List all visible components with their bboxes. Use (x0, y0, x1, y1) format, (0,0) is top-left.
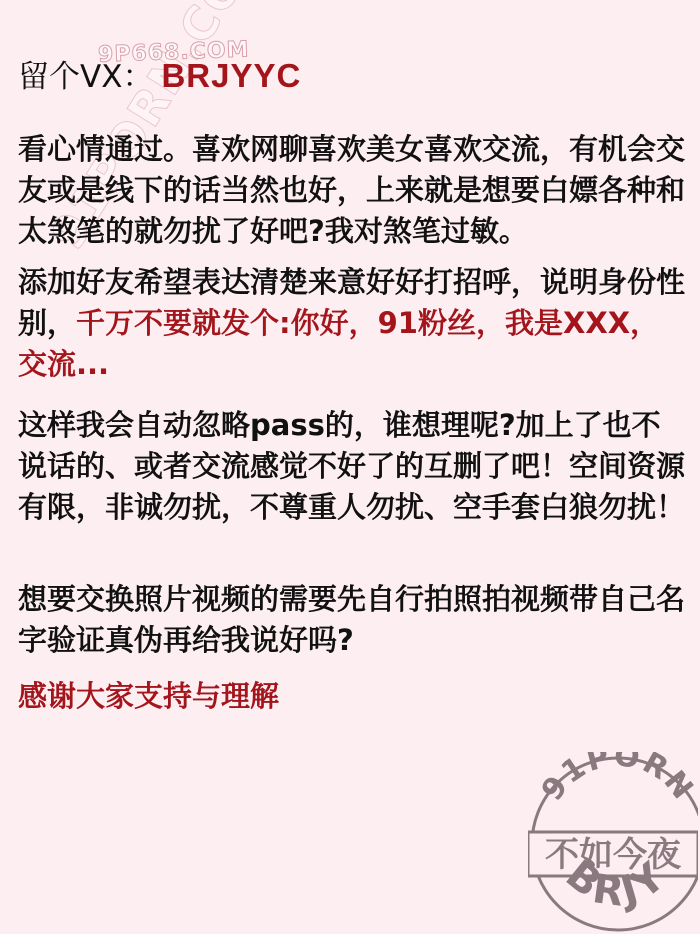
contact-id: BRJYYC (161, 57, 301, 94)
svg-text:91PORN: 91PORN (535, 752, 698, 807)
paragraph-verification: 想要交换照片视频的需要先自行拍照拍视频带自己名字验证真伪再给我说好吗? (18, 579, 688, 661)
paragraph-intro: 看心情通过。喜欢网聊喜欢美女喜欢交流，有机会交友或是线下的话当然也好，上来就是想… (18, 129, 688, 252)
stamp-top-text: 91PORN (535, 752, 698, 807)
greeting-warning-text: 千万不要就发个:你好，91粉丝，我是XXX，交流... (18, 306, 659, 381)
paragraph-thanks: 感谢大家支持与理解 (18, 676, 688, 717)
stamp-logo: 91PORN 不如今夜 BRJY (528, 752, 698, 934)
paragraph-greeting-rules: 添加好友希望表达清楚来意好好打招呼，说明身份性别，千万不要就发个:你好，91粉丝… (18, 262, 688, 385)
paragraph-ignore-policy: 这样我会自动忽略pass的，谁想理呢?加上了也不说话的、或者交流感觉不好了的互删… (18, 405, 688, 528)
contact-line: 留个VX：BRJYYC (18, 56, 301, 97)
contact-label: 留个VX： (18, 59, 153, 95)
